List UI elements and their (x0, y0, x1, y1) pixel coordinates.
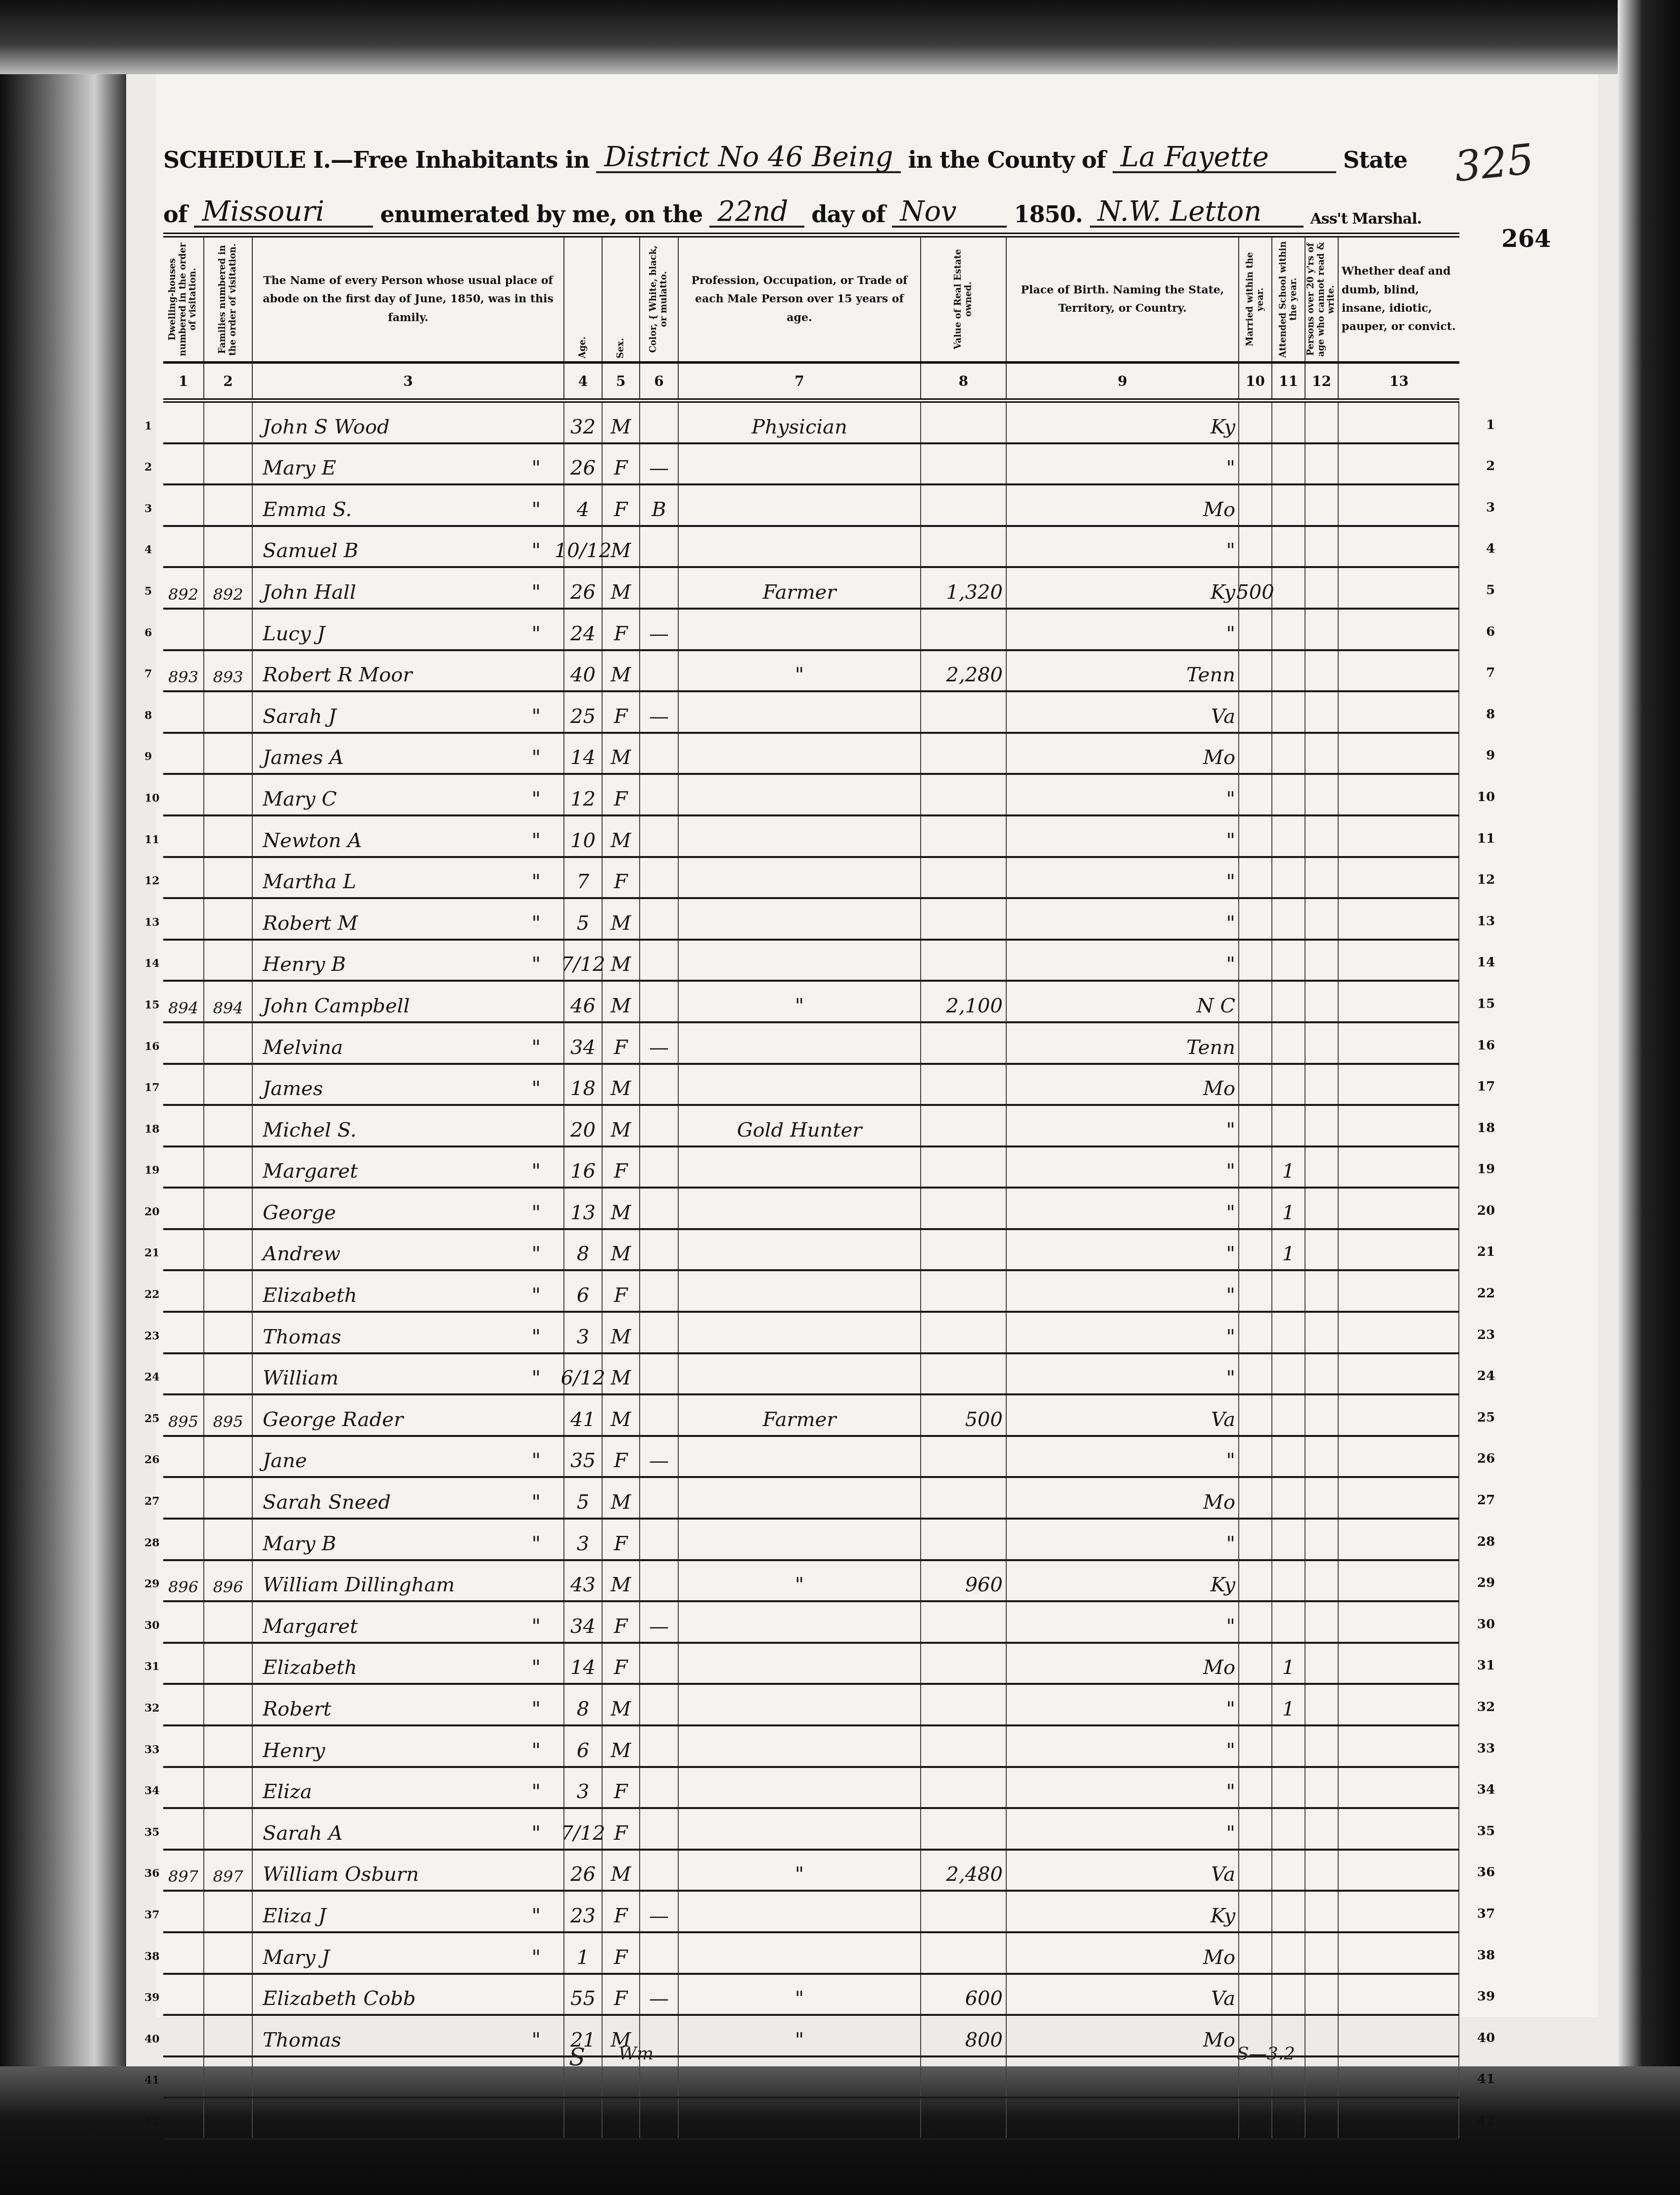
marshal-signature: N.W. Letton (1090, 198, 1304, 228)
person-name: Jane" (253, 1437, 564, 1477)
line-number-left: 5 (144, 585, 152, 598)
dwelling-number (163, 527, 204, 567)
age-cell: 34 (564, 1602, 603, 1642)
colnum: 9 (1007, 364, 1239, 398)
color-cell (640, 899, 679, 939)
table-row: 892892John Hall"26MFarmer1,320Ky50055 (163, 568, 1459, 610)
line-number-right: 34 (1477, 1782, 1495, 1797)
real-estate-value: 1,320 (921, 568, 1007, 608)
surname-ditto-mark: " (532, 1449, 560, 1472)
occupation-cell (679, 1809, 921, 1849)
line-number-left: 7 (144, 668, 152, 680)
age-cell: 1 (564, 1933, 603, 1973)
school-cell (1272, 1561, 1306, 1601)
birthplace-cell: " (1007, 1437, 1239, 1477)
infirmities-cell (1339, 2057, 1459, 2097)
dwelling-number: 894 (163, 982, 204, 1021)
table-row: Sarah Sneed"5MMo2727 (163, 1478, 1459, 1520)
dwelling-number (163, 1933, 204, 1973)
table-row: Robert M"5M"1313 (163, 899, 1459, 941)
line-number-left: 42 (144, 2115, 160, 2128)
school-cell (1272, 1975, 1306, 2014)
table-row: 894894John Campbell46M"2,100N C1515 (163, 982, 1459, 1023)
age-cell: 7/12 (564, 941, 603, 980)
person-name: Margaret" (253, 1147, 564, 1187)
person-name: Robert" (253, 1685, 564, 1724)
age-cell (564, 2099, 603, 2138)
line-number-right: 1 (1486, 418, 1495, 432)
line-number-left: 21 (144, 1246, 160, 1259)
school-cell (1272, 1851, 1306, 1890)
illiterate-cell (1306, 1395, 1339, 1435)
dwelling-number (163, 1437, 204, 1477)
infirmities-cell (1339, 899, 1459, 939)
state-label: State (1343, 146, 1407, 173)
infirmities-cell (1339, 444, 1459, 484)
line-number-right: 38 (1477, 1948, 1495, 1963)
line-number-left: 10 (144, 792, 160, 805)
illiterate-cell (1306, 941, 1339, 980)
age-cell: 16 (564, 1147, 603, 1187)
sex-cell: M (603, 1106, 640, 1145)
family-number (204, 2099, 253, 2138)
scan-top-edge (0, 0, 1680, 74)
line-number-right: 31 (1477, 1658, 1495, 1673)
infirmities-cell (1339, 1065, 1459, 1104)
family-number: 892 (204, 568, 253, 608)
married-cell (1239, 1933, 1272, 1973)
illiterate-cell (1306, 1437, 1339, 1477)
table-row: James A"14MMo99 (163, 734, 1459, 775)
table-row: Mary C"12F"1010 (163, 775, 1459, 816)
school-cell (1272, 1520, 1306, 1559)
sex-cell: M (603, 527, 640, 567)
occupation-cell (679, 485, 921, 525)
line-number-right: 42 (1477, 2113, 1495, 2128)
sex-cell: F (603, 1892, 640, 1931)
occupation-cell (679, 527, 921, 567)
age-cell: 26 (564, 568, 603, 608)
surname-ditto-mark: " (532, 1615, 560, 1638)
age-cell: 6/12 (564, 1354, 603, 1394)
real-estate-value (921, 734, 1007, 773)
dwelling-number (163, 610, 204, 649)
line-number-right: 7 (1486, 666, 1495, 680)
color-cell (640, 568, 679, 608)
surname-ditto-mark: " (532, 1036, 560, 1059)
occupation-cell: " (679, 2016, 921, 2055)
married-cell (1239, 1395, 1272, 1435)
person-name: John Hall" (253, 568, 564, 608)
infirmities-cell (1339, 941, 1459, 980)
age-cell: 8 (564, 1230, 603, 1270)
line-number-right: 27 (1477, 1493, 1495, 1508)
age-cell: 32 (564, 403, 603, 442)
name-text: Melvina (263, 1036, 343, 1059)
school-cell (1272, 527, 1306, 567)
birthplace-cell: Tenn (1007, 651, 1239, 691)
age-cell: 10 (564, 816, 603, 856)
person-name: Robert R Moor (253, 651, 564, 691)
table-row: Robert"8M"13232 (163, 1685, 1459, 1726)
birthplace-cell: Va (1007, 692, 1239, 732)
surname-ditto-mark: " (532, 1326, 560, 1348)
name-text: Newton A (263, 829, 362, 852)
line-number-right: 26 (1477, 1451, 1495, 1466)
person-name: Sarah J" (253, 692, 564, 732)
real-estate-value: 960 (921, 1561, 1007, 1601)
school-cell (1272, 1933, 1306, 1973)
line-number-right: 6 (1486, 624, 1495, 639)
line-number-left: 22 (144, 1288, 160, 1301)
person-name: Sarah A" (253, 1809, 564, 1849)
illiterate-cell (1306, 899, 1339, 939)
family-number (204, 1023, 253, 1063)
colnum: 12 (1306, 364, 1339, 398)
line-number-left: 11 (144, 833, 160, 846)
illiterate-cell (1306, 734, 1339, 773)
table-row: James"18MMo1717 (163, 1065, 1459, 1106)
family-number (204, 1147, 253, 1187)
dwelling-number (163, 816, 204, 856)
school-cell (1272, 1809, 1306, 1849)
line-number-left: 34 (144, 1784, 160, 1797)
family-number: 897 (204, 1851, 253, 1890)
year-label: 1850. (1014, 201, 1082, 228)
age-cell: 6 (564, 1271, 603, 1311)
dwelling-number (163, 734, 204, 773)
person-name (253, 2057, 564, 2097)
line-number-left: 25 (144, 1412, 160, 1425)
name-text: Mary B (263, 1532, 336, 1555)
infirmities-cell (1339, 1644, 1459, 1683)
dwelling-number (163, 1768, 204, 1808)
infirmities-cell (1339, 692, 1459, 732)
illiterate-cell (1306, 485, 1339, 525)
name-text: George (263, 1201, 336, 1224)
occupation-cell: Gold Hunter (679, 1106, 921, 1145)
header-occupation: Profession, Occupation, or Trade of each… (679, 238, 921, 361)
sex-cell: F (603, 1602, 640, 1642)
line-number-right: 19 (1477, 1162, 1495, 1177)
line-number-left: 38 (144, 1950, 160, 1963)
married-cell (1239, 816, 1272, 856)
school-cell: 1 (1272, 1230, 1306, 1270)
occupation-cell: " (679, 1851, 921, 1890)
line-number-left: 26 (144, 1453, 160, 1466)
illiterate-cell (1306, 1685, 1339, 1724)
married-cell (1239, 941, 1272, 980)
tally-mark-mid: Wm (618, 2044, 653, 2064)
person-name: Henry" (253, 1726, 564, 1766)
dwelling-number (163, 1189, 204, 1228)
school-cell (1272, 1478, 1306, 1518)
infirmities-cell (1339, 775, 1459, 814)
color-cell (640, 941, 679, 980)
person-name: Mary E" (253, 444, 564, 484)
color-cell: — (640, 1437, 679, 1477)
line-number-right: 33 (1477, 1741, 1495, 1756)
married-cell (1239, 1147, 1272, 1187)
name-text: Thomas (263, 1326, 341, 1348)
birthplace-cell: " (1007, 816, 1239, 856)
infirmities-cell (1339, 1602, 1459, 1642)
person-name: Eliza" (253, 1768, 564, 1808)
family-number (204, 858, 253, 898)
line-number-right: 15 (1477, 997, 1495, 1011)
line-number-right: 37 (1477, 1907, 1495, 1921)
occupation-cell (679, 1602, 921, 1642)
sex-cell: F (603, 610, 640, 649)
dwelling-number (163, 2016, 204, 2055)
dwelling-number (163, 1313, 204, 1352)
infirmities-cell (1339, 485, 1459, 525)
line-number-left: 6 (144, 626, 152, 639)
married-cell (1239, 651, 1272, 691)
person-name: Mary C" (253, 775, 564, 814)
dwelling-number (163, 775, 204, 814)
age-cell: 25 (564, 692, 603, 732)
birthplace-cell: Va (1007, 1851, 1239, 1890)
table-row: Emma S."4FBMo33 (163, 485, 1459, 527)
sex-cell: M (603, 1230, 640, 1270)
real-estate-value (921, 610, 1007, 649)
name-text: Mary J (263, 1946, 329, 1969)
header-birthplace: Place of Birth. Naming the State, Territ… (1007, 238, 1239, 361)
dwelling-number (163, 1230, 204, 1270)
occupation-cell: " (679, 1975, 921, 2014)
infirmities-cell (1339, 1851, 1459, 1890)
line-number-right: 41 (1477, 2072, 1495, 2087)
family-number (204, 1271, 253, 1311)
line-number-right: 16 (1477, 1038, 1495, 1053)
color-cell (640, 1851, 679, 1890)
surname-ditto-mark: " (532, 1532, 560, 1555)
age-cell: 3 (564, 1313, 603, 1352)
sex-cell: M (603, 568, 640, 608)
married-cell (1239, 734, 1272, 773)
dwelling-number (163, 444, 204, 484)
line-number-left: 3 (144, 502, 152, 515)
person-name: John S Wood (253, 403, 564, 442)
line-number-right: 8 (1486, 707, 1495, 722)
line-number-right: 23 (1477, 1328, 1495, 1342)
age-cell: 13 (564, 1189, 603, 1228)
sex-cell: M (603, 1313, 640, 1352)
line-number-left: 37 (144, 1909, 160, 1921)
real-estate-value (921, 1147, 1007, 1187)
header-illiterate: Persons over 20 y'rs of age who cannot r… (1306, 238, 1339, 361)
infirmities-cell (1339, 610, 1459, 649)
schedule-title: SCHEDULE I.—Free Inhabitants in (163, 146, 589, 173)
name-text: Robert M (263, 912, 358, 935)
line-number-left: 1 (144, 420, 152, 432)
birthplace-cell: " (1007, 444, 1239, 484)
person-name: William Dillingham (253, 1561, 564, 1601)
color-cell: B (640, 485, 679, 525)
color-cell (640, 1354, 679, 1394)
dwelling-number (163, 2099, 204, 2138)
surname-ditto-mark: " (532, 705, 560, 728)
school-cell: 1 (1272, 1685, 1306, 1724)
colnum: 3 (253, 364, 564, 398)
school-cell (1272, 692, 1306, 732)
line-number-left: 8 (144, 709, 152, 722)
married-cell (1239, 1354, 1272, 1394)
birthplace-cell: Mo (1007, 734, 1239, 773)
occupation-cell (679, 1520, 921, 1559)
column-headers: Dwelling-houses numbered in the order of… (163, 238, 1459, 364)
name-text: Henry (263, 1739, 325, 1762)
surname-ditto-mark: " (532, 1698, 560, 1720)
real-estate-value (921, 1809, 1007, 1849)
illiterate-cell (1306, 1189, 1339, 1228)
sex-cell: F (603, 444, 640, 484)
name-text: John S Wood (263, 416, 390, 438)
surname-ditto-mark: " (532, 1739, 560, 1762)
header-infirmities: Whether deaf and dumb, blind, insane, id… (1339, 238, 1459, 361)
age-cell: 40 (564, 651, 603, 691)
birthplace-cell: " (1007, 941, 1239, 980)
table-row: William"6/12M"2424 (163, 1354, 1459, 1396)
name-text: Henry B (263, 953, 346, 976)
table-row: Mary B"3F"2828 (163, 1520, 1459, 1561)
age-cell: 14 (564, 1644, 603, 1683)
color-cell (640, 1768, 679, 1808)
birthplace-cell: " (1007, 1147, 1239, 1187)
name-text: Margaret (263, 1160, 358, 1183)
colnum: 10 (1239, 364, 1272, 398)
age-cell: 24 (564, 610, 603, 649)
illiterate-cell (1306, 2016, 1339, 2055)
family-number (204, 734, 253, 773)
line-number-left: 40 (144, 2033, 160, 2046)
sex-cell: M (603, 1851, 640, 1890)
illiterate-cell (1306, 1354, 1339, 1394)
infirmities-cell (1339, 2016, 1459, 2055)
real-estate-value (921, 1892, 1007, 1931)
married-cell (1239, 1271, 1272, 1311)
occupation-cell (679, 734, 921, 773)
line-number-left: 13 (144, 916, 160, 929)
age-cell: 3 (564, 1520, 603, 1559)
line-number-left: 19 (144, 1164, 160, 1177)
line-number-left: 29 (144, 1577, 160, 1590)
color-cell: — (640, 610, 679, 649)
dwelling-number (163, 1644, 204, 1683)
family-number: 895 (204, 1395, 253, 1435)
name-text: Sarah J (263, 705, 336, 728)
family-number (204, 1354, 253, 1394)
name-text: Robert (263, 1698, 331, 1720)
married-cell (1239, 2099, 1272, 2138)
name-text: Eliza (263, 1780, 312, 1803)
dwelling-number (163, 1478, 204, 1518)
infirmities-cell (1339, 1395, 1459, 1435)
schedule-title-line: SCHEDULE I.—Free Inhabitants in District… (163, 124, 1459, 173)
married-cell (1239, 403, 1272, 442)
family-number (204, 1809, 253, 1849)
color-cell (640, 1065, 679, 1104)
dwelling-number (163, 899, 204, 939)
table-row: Sarah J"25F—Va88 (163, 692, 1459, 734)
infirmities-cell (1339, 1768, 1459, 1808)
line-number-right: 3 (1486, 500, 1495, 515)
real-estate-value (921, 444, 1007, 484)
married-cell (1239, 1437, 1272, 1477)
header-family: Families numbered in the order of visita… (204, 238, 253, 361)
color-cell (640, 1644, 679, 1683)
age-cell: 6 (564, 1726, 603, 1766)
surname-ditto-mark: " (532, 953, 560, 976)
enumeration-line: of Missouri enumerated by me, on the 22n… (163, 178, 1459, 228)
person-name: Mary J" (253, 1933, 564, 1973)
surname-ditto-mark: " (532, 498, 560, 521)
name-text: Emma S. (263, 498, 352, 521)
infirmities-cell (1339, 2099, 1459, 2138)
infirmities-cell (1339, 1147, 1459, 1187)
sex-cell: M (603, 1685, 640, 1724)
line-number-right: 13 (1477, 914, 1495, 929)
dwelling-number: 895 (163, 1395, 204, 1435)
birthplace-cell: " (1007, 1313, 1239, 1352)
table-row: 4242 (163, 2099, 1459, 2140)
surname-ditto-mark: " (532, 1905, 560, 1927)
dwelling-number (163, 1685, 204, 1724)
name-text: William Dillingham (263, 1574, 455, 1596)
age-cell: 34 (564, 1023, 603, 1063)
person-name: James" (253, 1065, 564, 1104)
infirmities-cell (1339, 1106, 1459, 1145)
person-name: George Rader (253, 1395, 564, 1435)
real-estate-value (921, 899, 1007, 939)
occupation-cell (679, 692, 921, 732)
school-cell (1272, 982, 1306, 1021)
surname-ditto-mark: " (532, 829, 560, 852)
name-text: John Hall (263, 581, 356, 604)
table-row: Margaret"16F"11919 (163, 1147, 1459, 1189)
table-row: Elizabeth"14FMo13131 (163, 1644, 1459, 1685)
infirmities-cell (1339, 1023, 1459, 1063)
family-number (204, 1892, 253, 1931)
infirmities-cell (1339, 651, 1459, 691)
surname-ditto-mark: " (532, 581, 560, 604)
color-cell: — (640, 444, 679, 484)
married-cell (1239, 1892, 1272, 1931)
infirmities-cell (1339, 1726, 1459, 1766)
surname-ditto-mark: " (532, 1160, 560, 1183)
color-cell (640, 1726, 679, 1766)
person-name: Henry B" (253, 941, 564, 980)
birthplace-cell: " (1007, 775, 1239, 814)
line-number-left: 27 (144, 1495, 160, 1508)
dwelling-number (163, 1271, 204, 1311)
line-number-left: 35 (144, 1826, 160, 1839)
real-estate-value (921, 1602, 1007, 1642)
age-cell: 26 (564, 444, 603, 484)
surname-ditto-mark: " (532, 457, 560, 479)
real-estate-value (921, 1354, 1007, 1394)
real-estate-value (921, 527, 1007, 567)
birthplace-cell: Ky (1007, 403, 1239, 442)
column-numbers: 1 2 3 4 5 6 7 8 9 10 11 12 13 (163, 364, 1459, 403)
sex-cell: M (603, 1189, 640, 1228)
line-number-right: 22 (1477, 1286, 1495, 1301)
person-name: Michel S. (253, 1106, 564, 1145)
family-number: 896 (204, 1561, 253, 1601)
married-cell (1239, 1644, 1272, 1683)
color-cell (640, 1147, 679, 1187)
